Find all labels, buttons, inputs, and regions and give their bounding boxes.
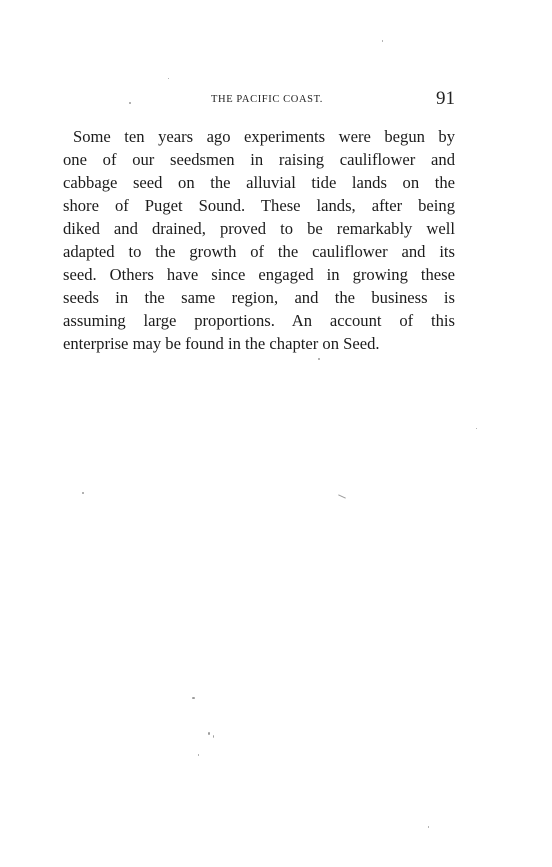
text-line: enterprise may be found in the chapter o… — [63, 332, 455, 355]
scan-speck — [168, 78, 169, 79]
text-line: cabbage seed on the alluvial tide lands … — [63, 171, 455, 194]
scan-speck — [382, 40, 383, 42]
scan-speck — [318, 358, 320, 360]
scan-speck — [82, 492, 84, 494]
scan-speck — [129, 102, 131, 104]
scan-speck — [213, 735, 214, 738]
scan-speck — [428, 826, 429, 828]
text-line: assuming large proportions. An account o… — [63, 309, 455, 332]
text-line: shore of Puget Sound. These lands, after… — [63, 194, 455, 217]
page-number: 91 — [436, 88, 455, 110]
running-head: THE PACIFIC COAST. 91 — [63, 88, 455, 112]
text-line: adapted to the growth of the cauliflower… — [63, 240, 455, 263]
scan-speck — [192, 697, 195, 699]
book-page: THE PACIFIC COAST. 91 Some ten years ago… — [0, 0, 552, 867]
text-line: one of our seedsmen in raising cauliflow… — [63, 148, 455, 171]
text-line: diked and drained, proved to be remarkab… — [63, 217, 455, 240]
text-line: seeds in the same region, and the busine… — [63, 286, 455, 309]
text-line: seed. Others have since engaged in growi… — [63, 263, 455, 286]
body-paragraph: Some ten years ago experiments were begu… — [63, 125, 455, 355]
scan-speck — [198, 754, 199, 756]
scan-speck — [476, 428, 477, 429]
text-line: Some ten years ago experiments were begu… — [63, 125, 455, 148]
scan-speck — [208, 732, 210, 735]
running-title: THE PACIFIC COAST. — [211, 94, 323, 105]
scan-speck — [338, 494, 346, 498]
